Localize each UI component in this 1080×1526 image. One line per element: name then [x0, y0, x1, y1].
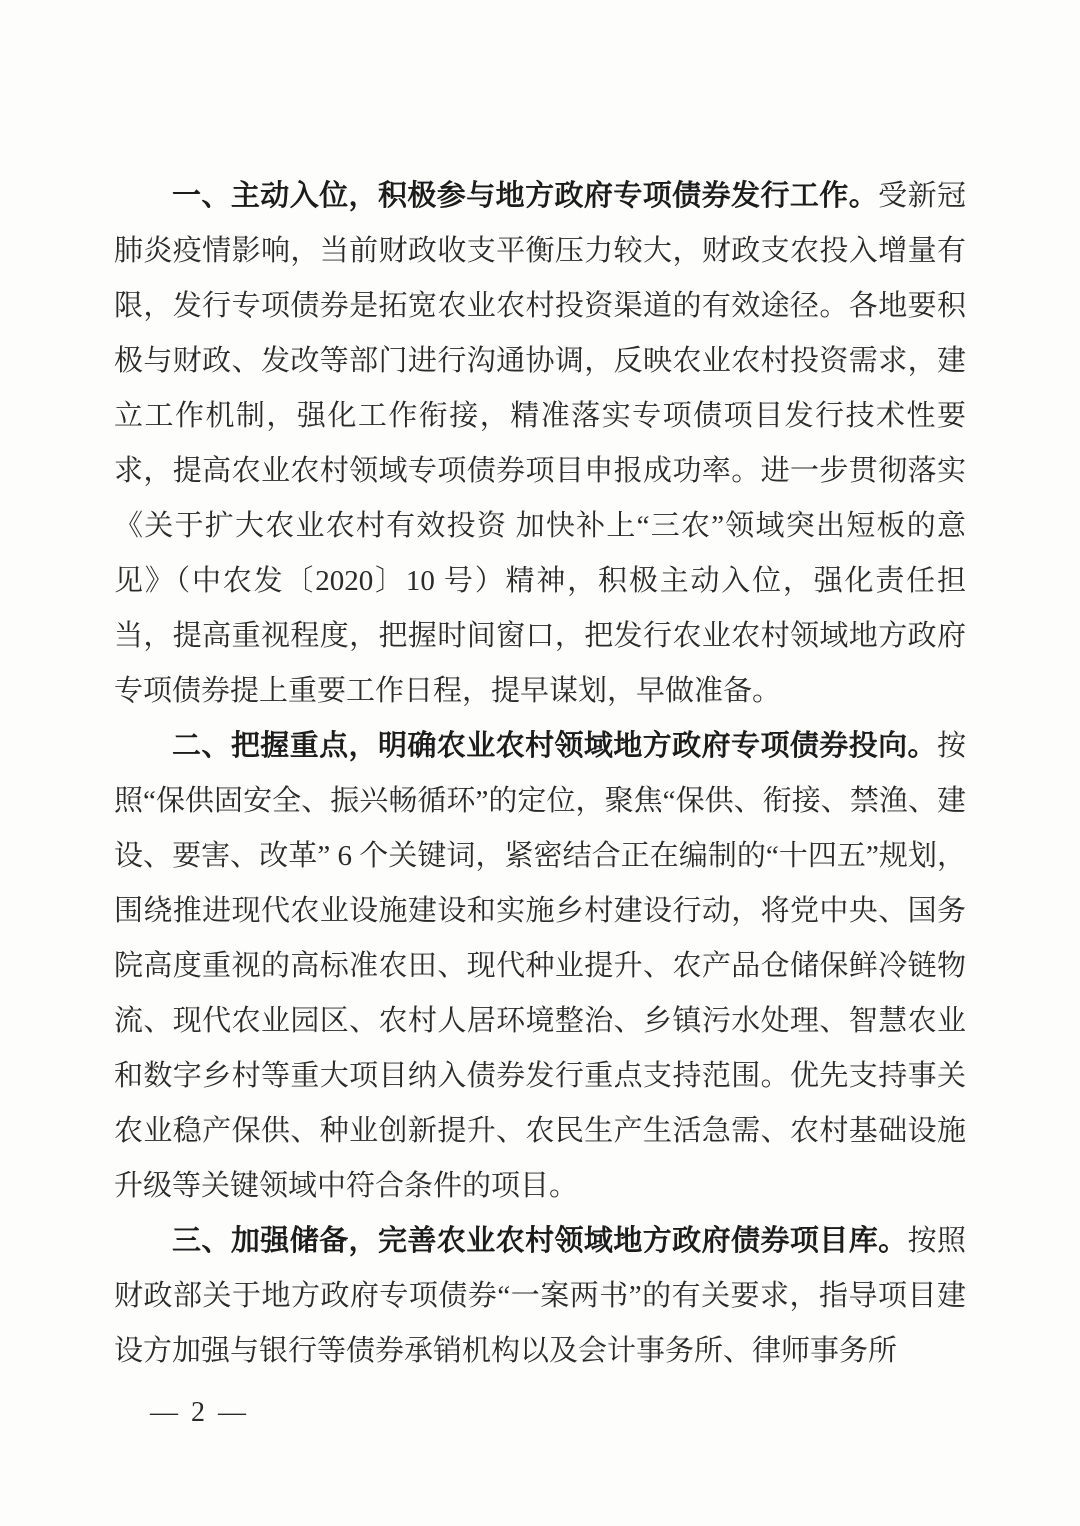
section-2-body: 按照“保供固安全、振兴畅循环”的定位，聚焦“保供、衔接、禁渔、建设、要害、改革”…	[114, 730, 966, 1202]
paragraph-section-3: 三、加强储备，完善农业农村领域地方政府债券项目库。按照财政部关于地方政府专项债券…	[114, 1214, 966, 1379]
section-2-heading: 二、把握重点，明确农业农村领域地方政府专项债券投向。	[172, 730, 937, 762]
paragraph-section-2: 二、把握重点，明确农业农村领域地方政府专项债券投向。按照“保供固安全、振兴畅循环…	[114, 719, 966, 1214]
document-text-block: 一、主动入位，积极参与地方政府专项债券发行工作。受新冠肺炎疫情影响，当前财政收支…	[114, 169, 966, 1379]
section-1-heading: 一、主动入位，积极参与地方政府专项债券发行工作。	[172, 180, 878, 212]
document-page: 一、主动入位，积极参与地方政府专项债券发行工作。受新冠肺炎疫情影响，当前财政收支…	[0, 0, 1080, 1526]
section-1-body: 受新冠肺炎疫情影响，当前财政收支平衡压力较大，财政支农投入增量有限，发行专项债券…	[114, 180, 966, 707]
page-number: — 2 —	[150, 1393, 249, 1433]
paragraph-section-1: 一、主动入位，积极参与地方政府专项债券发行工作。受新冠肺炎疫情影响，当前财政收支…	[114, 169, 966, 719]
section-3-heading: 三、加强储备，完善农业农村领域地方政府债券项目库。	[172, 1225, 908, 1257]
